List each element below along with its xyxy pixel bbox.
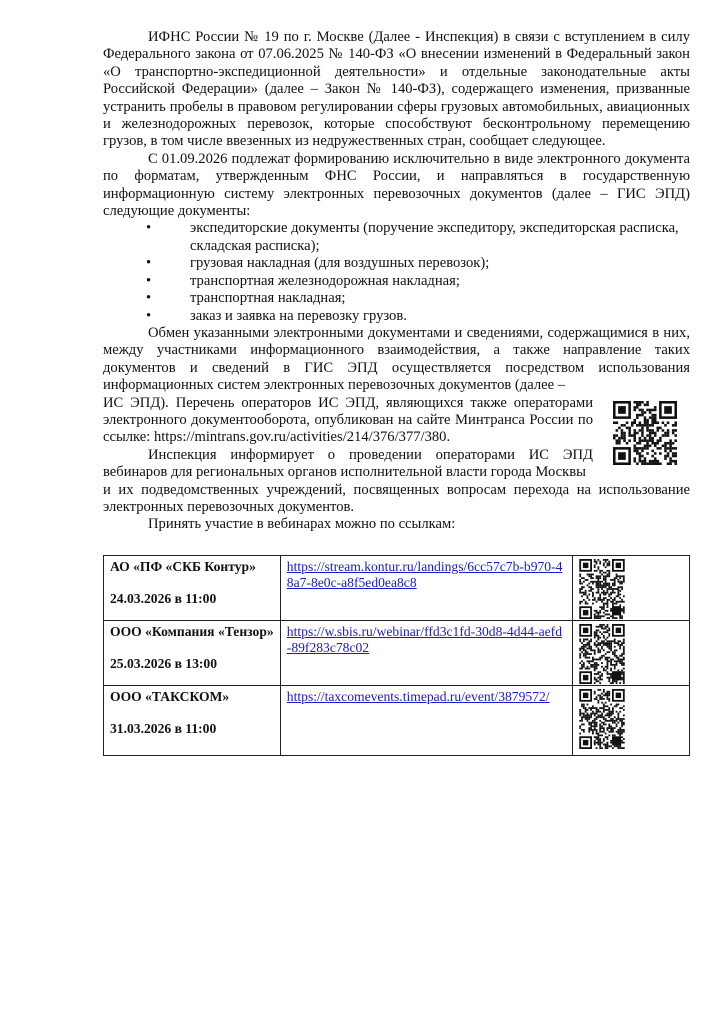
link-cell: https://stream.kontur.ru/landings/6cc57c… bbox=[280, 556, 572, 621]
bullet-icon: • bbox=[146, 220, 151, 237]
mintrans-paragraph-with-qr: ИС ЭПД). Перечень операторов ИС ЭПД, явл… bbox=[103, 395, 690, 482]
organizer-cell: ООО «Компания «Тензор»25.03.2026 в 13:00 bbox=[104, 621, 281, 686]
table-row: ООО «ТАКСКОМ»31.03.2026 в 11:00 https://… bbox=[104, 686, 690, 756]
inform-paragraph-continued: и их подведомственных учреждений, посвящ… bbox=[103, 482, 690, 517]
participate-paragraph: Принять участие в вебинарах можно по ссы… bbox=[103, 516, 690, 533]
inform-paragraph: Инспекция информирует о проведении опера… bbox=[103, 447, 593, 482]
organizer-name: ООО «Компания «Тензор» bbox=[110, 624, 274, 639]
qr-code-icon[interactable] bbox=[579, 624, 625, 684]
qr-cell bbox=[573, 621, 690, 686]
bullet-icon: • bbox=[146, 308, 151, 325]
webinars-table: АО «ПФ «СКБ Контур»24.03.2026 в 11:00 ht… bbox=[103, 555, 690, 756]
webinar-datetime: 31.03.2026 в 11:00 bbox=[110, 721, 274, 737]
organizer-name: ООО «ТАКСКОМ» bbox=[110, 689, 229, 704]
list-item: •транспортная железнодорожная накладная; bbox=[103, 273, 690, 290]
list-item: •грузовая накладная (для воздушных перев… bbox=[103, 255, 690, 272]
link-cell: https://taxcomevents.timepad.ru/event/38… bbox=[280, 686, 572, 756]
list-item: •заказ и заявка на перевозку грузов. bbox=[103, 308, 690, 325]
link-cell: https://w.sbis.ru/webinar/ffd3c1fd-30d8-… bbox=[280, 621, 572, 686]
bullet-icon: • bbox=[146, 290, 151, 307]
intro-paragraph: ИФНС России № 19 по г. Москве (Далее - И… bbox=[103, 29, 690, 151]
table-row: АО «ПФ «СКБ Контур»24.03.2026 в 11:00 ht… bbox=[104, 556, 690, 621]
organizer-cell: ООО «ТАКСКОМ»31.03.2026 в 11:00 bbox=[104, 686, 281, 756]
bullet-icon: • bbox=[146, 273, 151, 290]
table-row: ООО «Компания «Тензор»25.03.2026 в 13:00… bbox=[104, 621, 690, 686]
qr-code-icon[interactable] bbox=[579, 559, 625, 619]
webinar-link[interactable]: https://w.sbis.ru/webinar/ffd3c1fd-30d8-… bbox=[287, 624, 562, 655]
document-list: •экспедиторские документы (поручение экс… bbox=[103, 220, 690, 324]
qr-code-icon[interactable] bbox=[613, 401, 677, 465]
requirement-paragraph: С 01.09.2026 подлежат формированию исклю… bbox=[103, 151, 690, 221]
organizer-cell: АО «ПФ «СКБ Контур»24.03.2026 в 11:00 bbox=[104, 556, 281, 621]
webinar-link[interactable]: https://stream.kontur.ru/landings/6cc57c… bbox=[287, 559, 563, 590]
list-item: •экспедиторские документы (поручение экс… bbox=[103, 220, 690, 255]
qr-cell bbox=[573, 556, 690, 621]
webinar-datetime: 24.03.2026 в 11:00 bbox=[110, 591, 274, 607]
operators-list-paragraph: ИС ЭПД). Перечень операторов ИС ЭПД, явл… bbox=[103, 395, 593, 447]
exchange-paragraph: Обмен указанными электронными документам… bbox=[103, 325, 690, 395]
document-body: ИФНС России № 19 по г. Москве (Далее - И… bbox=[103, 29, 690, 534]
webinar-link[interactable]: https://taxcomevents.timepad.ru/event/38… bbox=[287, 689, 550, 704]
qr-cell bbox=[573, 686, 690, 756]
webinar-datetime: 25.03.2026 в 13:00 bbox=[110, 656, 274, 672]
bullet-icon: • bbox=[146, 255, 151, 272]
qr-code-icon[interactable] bbox=[579, 689, 625, 749]
list-item: •транспортная накладная; bbox=[103, 290, 690, 307]
organizer-name: АО «ПФ «СКБ Контур» bbox=[110, 559, 256, 574]
